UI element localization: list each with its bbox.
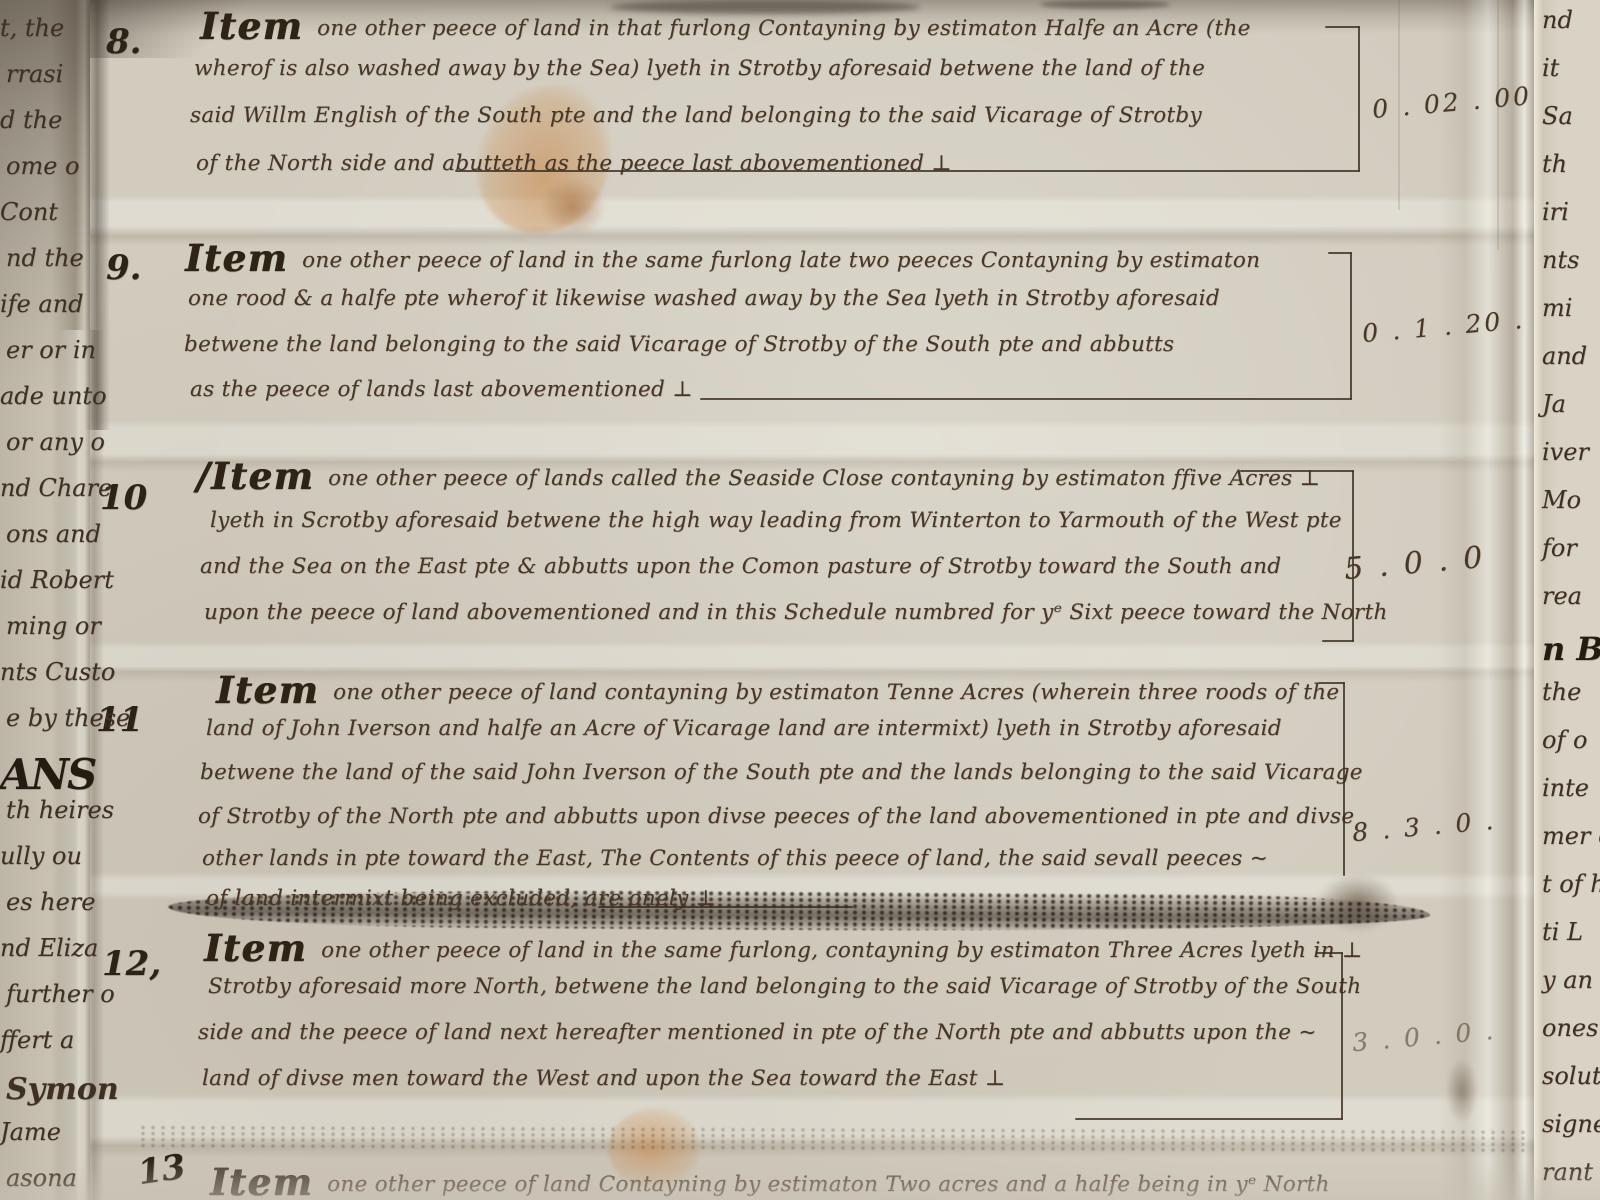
- bottom-edge-fade: [0, 1160, 1600, 1200]
- entry-line: said Willm English of the South pte and …: [190, 103, 1202, 128]
- margin-fragment: rea: [1542, 582, 1582, 610]
- entry-line: land of John Iverson and halfe an Acre o…: [206, 716, 1282, 741]
- margin-fragment: of o: [1542, 726, 1587, 754]
- entry-line: side and the peece of land next hereafte…: [198, 1020, 1317, 1045]
- entry-bracket: [1318, 682, 1345, 684]
- entry-line: as the peece of lands last abovementione…: [190, 377, 693, 402]
- margin-fragment: e by these: [6, 704, 130, 732]
- margin-fragment: t, the: [0, 14, 64, 42]
- margin-fragment: nd Eliza: [0, 934, 98, 962]
- margin-fragment: solut: [1542, 1062, 1600, 1090]
- right-margin-column: nditSathirintsmiandJaiverMoforrean Btheo…: [1542, 0, 1600, 1200]
- entry-bracket: [598, 906, 853, 908]
- item-heading: /Item: [196, 454, 314, 498]
- entry-bracket: [1341, 952, 1343, 1120]
- margin-fragment: es here: [6, 888, 95, 916]
- manuscript-photo: 8. Itemone other peece of land in that f…: [0, 0, 1600, 1200]
- entry-line: Itemone other peece of land in that furl…: [200, 4, 1251, 48]
- entry-bracket: [1322, 640, 1354, 642]
- margin-fragment: mer o: [1542, 822, 1600, 850]
- entry-bracket: [700, 398, 1352, 400]
- margin-fragment: y an: [1542, 966, 1593, 994]
- entry-line: of the North side and abutteth as the pe…: [196, 151, 952, 176]
- entry-line: other lands in pte toward the East, The …: [202, 846, 1268, 871]
- entry-line: betwene the land of the said John Iverso…: [200, 760, 1363, 785]
- item-heading: Item: [200, 4, 303, 48]
- margin-fragment: Ja: [1542, 390, 1566, 418]
- margin-fragment: iri: [1542, 198, 1569, 226]
- item-heading: Item: [185, 236, 288, 280]
- entry-line: Itemone other peece of land in the same …: [204, 926, 1362, 970]
- margin-fragment: it: [1542, 54, 1559, 82]
- entry-text: one other peece of land in the same furl…: [321, 938, 1362, 963]
- entry-text: one other peece of land in the same furl…: [302, 248, 1260, 273]
- entry-bracket: [1240, 470, 1354, 472]
- entry-line: wherof is also washed away by the Sea) l…: [194, 56, 1205, 81]
- entry-line: Itemone other peece of land in the same …: [185, 236, 1260, 280]
- margin-fragment: and: [1542, 342, 1587, 370]
- entry-line: and the Sea on the East pte & abbutts up…: [200, 554, 1281, 579]
- margin-fragment: th: [1542, 150, 1567, 178]
- entry-bracket: [1075, 1118, 1343, 1120]
- margin-fragment: nd Chare: [0, 474, 112, 502]
- margin-fragment: th heires: [6, 796, 114, 824]
- margin-fragment: ANS: [0, 750, 95, 799]
- margin-fragment: ti L: [1542, 918, 1583, 946]
- margin-fragment: Jame: [0, 1118, 61, 1146]
- margin-fragment: er or in: [6, 336, 96, 364]
- entry-line: /Itemone other peece of lands called the…: [196, 454, 1320, 498]
- margin-fragment: or any o: [6, 428, 105, 456]
- margin-fragment: ully ou: [0, 842, 82, 870]
- entry-bracket: [1343, 682, 1345, 876]
- left-margin-column: t, therrasid theome oContnd theife ander…: [0, 0, 96, 1200]
- entry-line: betwene the land belonging to the said V…: [184, 332, 1174, 357]
- entry-bracket: [1328, 252, 1352, 254]
- entry-text: one other peece of land in that furlong …: [317, 16, 1251, 41]
- margin-fragment: n B: [1542, 630, 1600, 668]
- entry-bracket: [1316, 952, 1343, 954]
- margin-fragment: ons and: [6, 520, 101, 548]
- item-heading: Item: [204, 926, 307, 970]
- margin-fragment: nts: [1542, 246, 1579, 274]
- crease-line: [1497, 0, 1499, 250]
- margin-fragment: the: [1542, 678, 1581, 706]
- entry-number: 9.: [106, 248, 142, 288]
- margin-fragment: inte: [1542, 774, 1589, 802]
- entry-line: of Strotby of the North pte and abbutts …: [198, 804, 1354, 829]
- margin-fragment: t of h: [1542, 870, 1600, 898]
- entry-number: 8.: [106, 22, 142, 62]
- margin-fragment: Mo: [1542, 486, 1581, 514]
- entry-line: land of divse men toward the West and up…: [202, 1066, 1005, 1091]
- entry-number: 12,: [102, 944, 161, 984]
- margin-fragment: mi: [1542, 294, 1572, 322]
- entry-bracket: [1350, 252, 1352, 400]
- margin-fragment: ome o: [6, 152, 80, 180]
- margin-fragment: further o: [6, 980, 115, 1008]
- margin-fragment: ade unto: [0, 382, 107, 410]
- entry-bracket: [1358, 26, 1360, 172]
- margin-fragment: Symon: [6, 1072, 119, 1107]
- margin-fragment: id Robert: [0, 566, 114, 594]
- margin-fragment: rrasi: [6, 60, 63, 88]
- margin-fragment: nd the: [6, 244, 84, 272]
- entry-line: lyeth in Scrotby aforesaid betwene the h…: [210, 508, 1342, 533]
- margin-fragment: ffert a: [0, 1026, 74, 1054]
- margin-fragment: ming or: [6, 612, 101, 640]
- margin-fragment: Sa: [1542, 102, 1573, 130]
- margin-fragment: iver: [1542, 438, 1589, 466]
- margin-fragment: nd: [1542, 6, 1573, 34]
- entry-bracket: [1325, 26, 1360, 28]
- entry-line: Strotby aforesaid more North, betwene th…: [208, 974, 1361, 999]
- entry-text: one other peece of land contayning by es…: [333, 680, 1339, 705]
- margin-fragment: nts Custo: [0, 658, 115, 686]
- margin-fragment: for: [1542, 534, 1577, 562]
- entry-text: one other peece of lands called the Seas…: [328, 466, 1320, 491]
- entry-line: upon the peece of land abovementioned an…: [204, 600, 1388, 625]
- item-heading: Item: [216, 668, 319, 712]
- entry-line: one rood & a halfe pte wherof it likewis…: [188, 286, 1220, 311]
- margin-fragment: ife and: [0, 290, 84, 318]
- entry-bracket: [455, 170, 1360, 172]
- margin-fragment: Cont: [0, 198, 58, 226]
- margin-fragment: ones: [1542, 1014, 1598, 1042]
- margin-fragment: signer: [1542, 1110, 1600, 1138]
- entry-line: Itemone other peece of land contayning b…: [216, 668, 1339, 712]
- margin-fragment: d the: [0, 106, 62, 134]
